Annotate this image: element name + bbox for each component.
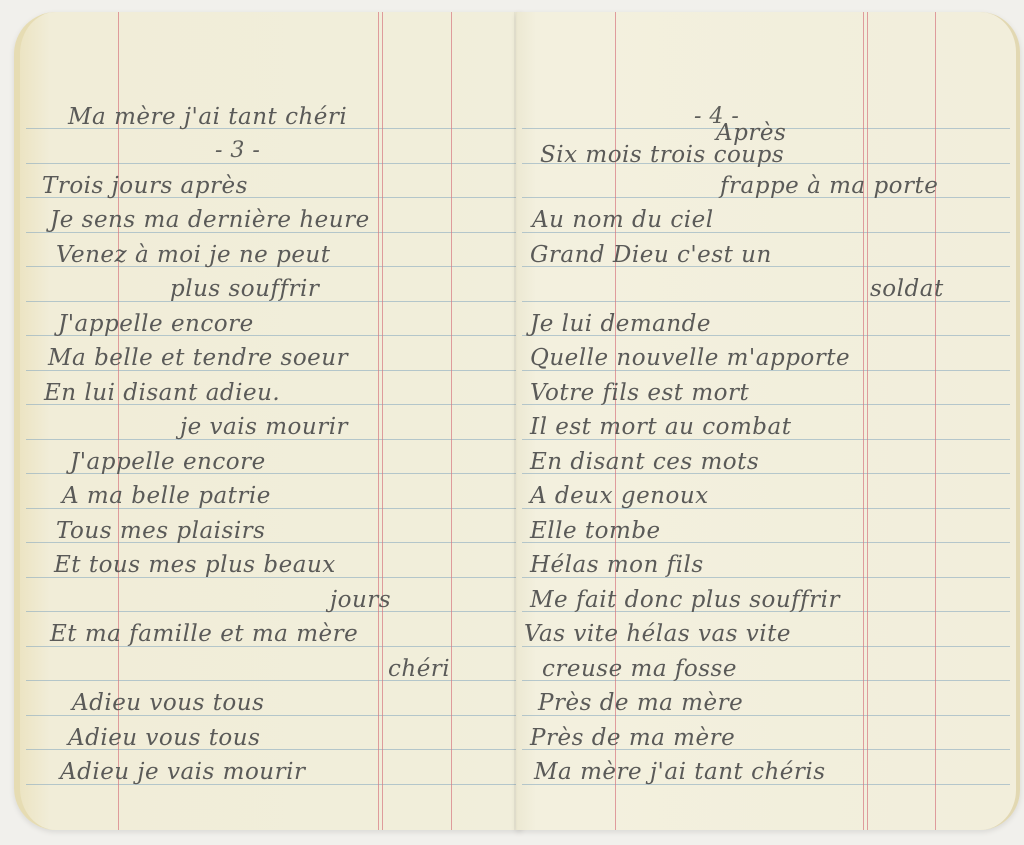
handwritten-line: Adieu vous tous [68, 725, 260, 751]
margin-line-red [935, 12, 936, 830]
handwritten-line: je vais mourir [180, 414, 348, 440]
handwritten-line: creuse ma fosse [542, 656, 737, 682]
right-page: - 4 -AprèsSix mois trois coupsfrappe à m… [516, 12, 1020, 830]
handwritten-line: plus souffrir [170, 276, 319, 302]
handwritten-line: J'appelle encore [70, 449, 266, 475]
handwritten-line: Près de ma mère [530, 725, 735, 751]
margin-line-red [378, 12, 379, 830]
handwritten-line: Grand Dieu c'est un [530, 242, 772, 268]
handwritten-line: A ma belle patrie [62, 483, 271, 509]
ruled-line-blue [26, 611, 516, 612]
handwritten-line: Il est mort au combat [530, 414, 791, 440]
handwritten-line: J'appelle encore [58, 311, 254, 337]
page-number: - 3 - [215, 138, 260, 163]
page-fold [514, 12, 518, 830]
handwritten-line: Adieu je vais mourir [60, 759, 305, 785]
handwritten-line: Elle tombe [530, 518, 661, 544]
left-page: Ma mère j'ai tant chéri- 3 -Trois jours … [14, 12, 522, 830]
handwritten-line: frappe à ma porte [720, 173, 938, 199]
handwritten-line: Je sens ma dernière heure [50, 207, 370, 233]
handwritten-line: Ma mère j'ai tant chéri [68, 104, 347, 130]
handwritten-line: En lui disant adieu. [44, 380, 280, 406]
margin-line-red [382, 12, 383, 830]
handwritten-line: Et ma famille et ma mère [50, 621, 358, 647]
handwritten-line: Me fait donc plus souffrir [530, 587, 840, 613]
ruled-line-blue [26, 163, 516, 164]
notebook-spread: Ma mère j'ai tant chéri- 3 -Trois jours … [14, 12, 1016, 830]
handwritten-line: Hélas mon fils [530, 552, 704, 578]
handwritten-line: Je lui demande [530, 311, 711, 337]
handwritten-line: Trois jours après [42, 173, 248, 199]
handwritten-line: Adieu vous tous [72, 690, 264, 716]
handwritten-line: Votre fils est mort [530, 380, 749, 406]
handwritten-line: Tous mes plaisirs [56, 518, 265, 544]
handwritten-line: Quelle nouvelle m'apporte [530, 345, 850, 371]
handwritten-line: Six mois trois coups [540, 142, 784, 168]
handwritten-line: Ma mère j'ai tant chéris [534, 759, 826, 785]
handwritten-line: Vas vite hélas vas vite [524, 621, 791, 647]
handwritten-line: A deux genoux [530, 483, 709, 509]
handwritten-line: Et tous mes plus beaux [54, 552, 336, 578]
margin-line-red [867, 12, 868, 830]
handwritten-line: Venez à moi je ne peut [56, 242, 331, 268]
handwritten-line: jours [330, 587, 391, 613]
handwritten-line: Au nom du ciel [532, 207, 714, 233]
handwritten-line: Ma belle et tendre soeur [48, 345, 348, 371]
handwritten-line: En disant ces mots [530, 449, 759, 475]
margin-line-red [451, 12, 452, 830]
handwritten-line: chéri [388, 656, 450, 682]
handwritten-line: soldat [870, 276, 944, 302]
margin-line-red [863, 12, 864, 830]
handwritten-line: Près de ma mère [538, 690, 743, 716]
